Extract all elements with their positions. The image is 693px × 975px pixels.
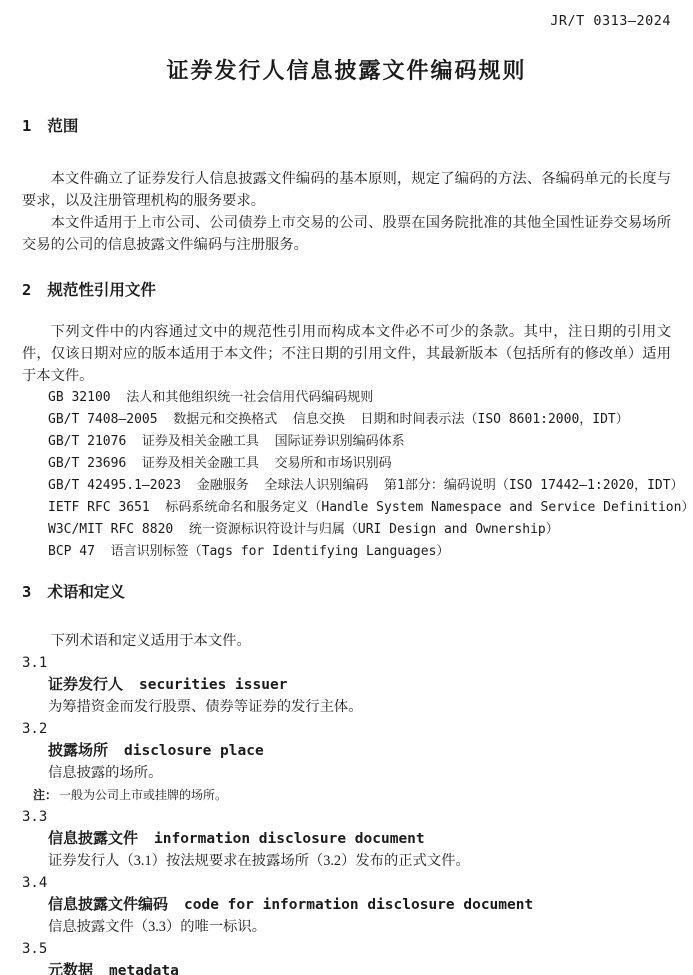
document-page: JR/T 0313—2024 证券发行人信息披露文件编码规则 1 范围 本文件确…: [0, 0, 693, 975]
term-heading: 证券发行人 securities issuer: [48, 674, 671, 696]
term-zh: 信息披露文件: [48, 830, 138, 847]
note-text: 一般为公司上市或挂牌的场所。: [59, 788, 227, 802]
document-title: 证券发行人信息披露文件编码规则: [22, 56, 671, 86]
section-1-paragraph-1: 本文件确立了证券发行人信息披露文件编码的基本原则，规定了编码的方法、各编码单元的…: [22, 168, 671, 212]
section-3-title: 术语和定义: [47, 585, 125, 601]
section-1-heading: 1 范围: [22, 118, 671, 135]
term-number: 3.4: [22, 872, 671, 894]
term-heading: 披露场所 disclosure place: [48, 740, 671, 762]
term-note: 注：一般为公司上市或挂牌的场所。: [33, 784, 671, 806]
reference-item: GB/T 21076 证券及相关金融工具 国际证券识别编码体系: [48, 431, 671, 453]
section-1-title: 范围: [47, 119, 78, 135]
section-2-title: 规范性引用文件: [47, 283, 156, 299]
section-2-heading: 2 规范性引用文件: [22, 282, 671, 299]
term-heading: 信息披露文件 information disclosure document: [48, 828, 671, 850]
reference-item: BCP 47 语言识别标签（Tags for Identifying Langu…: [48, 541, 671, 563]
term-zh: 信息披露文件编码: [48, 896, 168, 913]
section-1-number: 1: [22, 118, 31, 134]
term-heading: 元数据 metadata: [48, 960, 671, 975]
section-3-number: 3: [22, 584, 31, 600]
section-1-paragraph-2: 本文件适用于上市公司、公司债券上市交易的公司、股票在国务院批准的其他全国性证券交…: [22, 212, 671, 256]
standard-number: JR/T 0313—2024: [22, 12, 671, 30]
term-number: 3.5: [22, 938, 671, 960]
reference-item: GB 32100 法人和其他组织统一社会信用代码编码规则: [48, 387, 671, 409]
term-definition: 信息披露文件（3.3）的唯一标识。: [48, 916, 671, 938]
term-definition: 信息披露的场所。: [48, 762, 671, 784]
term-zh: 披露场所: [48, 742, 108, 759]
section-2-number: 2: [22, 282, 31, 298]
normative-references-list: GB 32100 法人和其他组织统一社会信用代码编码规则 GB/T 7408—2…: [22, 387, 671, 563]
term-en: code for information disclosure document: [184, 897, 533, 913]
term-zh: 证券发行人: [48, 676, 123, 693]
term-number: 3.1: [22, 652, 671, 674]
reference-item: GB/T 23696 证券及相关金融工具 交易所和市场识别码: [48, 453, 671, 475]
reference-item: GB/T 42495.1—2023 金融服务 全球法人识别编码 第1部分：编码说…: [48, 475, 671, 497]
term-number: 3.2: [22, 718, 671, 740]
term-en: metadata: [109, 963, 179, 975]
note-label: 注：: [33, 788, 57, 802]
reference-item: GB/T 7408—2005 数据元和交换格式 信息交换 日期和时间表示法（IS…: [48, 409, 671, 431]
term-en: disclosure place: [124, 743, 264, 759]
section-2-intro: 下列文件中的内容通过文中的规范性引用而构成本文件必不可少的条款。其中，注日期的引…: [22, 321, 671, 387]
section-3-intro: 下列术语和定义适用于本文件。: [22, 630, 671, 652]
term-definition: 为筹措资金而发行股票、债券等证券的发行主体。: [48, 696, 671, 718]
reference-item: IETF RFC 3651 标码系统命名和服务定义（Handle System …: [48, 497, 671, 519]
term-en: information disclosure document: [154, 831, 425, 847]
reference-item: W3C/MIT RFC 8820 统一资源标识符设计与归属（URI Design…: [48, 519, 671, 541]
term-en: securities issuer: [139, 677, 287, 693]
term-number: 3.3: [22, 806, 671, 828]
term-heading: 信息披露文件编码 code for information disclosure…: [48, 894, 671, 916]
section-3-heading: 3 术语和定义: [22, 584, 671, 601]
term-definition: 证券发行人（3.1）按法规要求在披露场所（3.2）发布的正式文件。: [48, 850, 671, 872]
term-zh: 元数据: [48, 962, 93, 975]
